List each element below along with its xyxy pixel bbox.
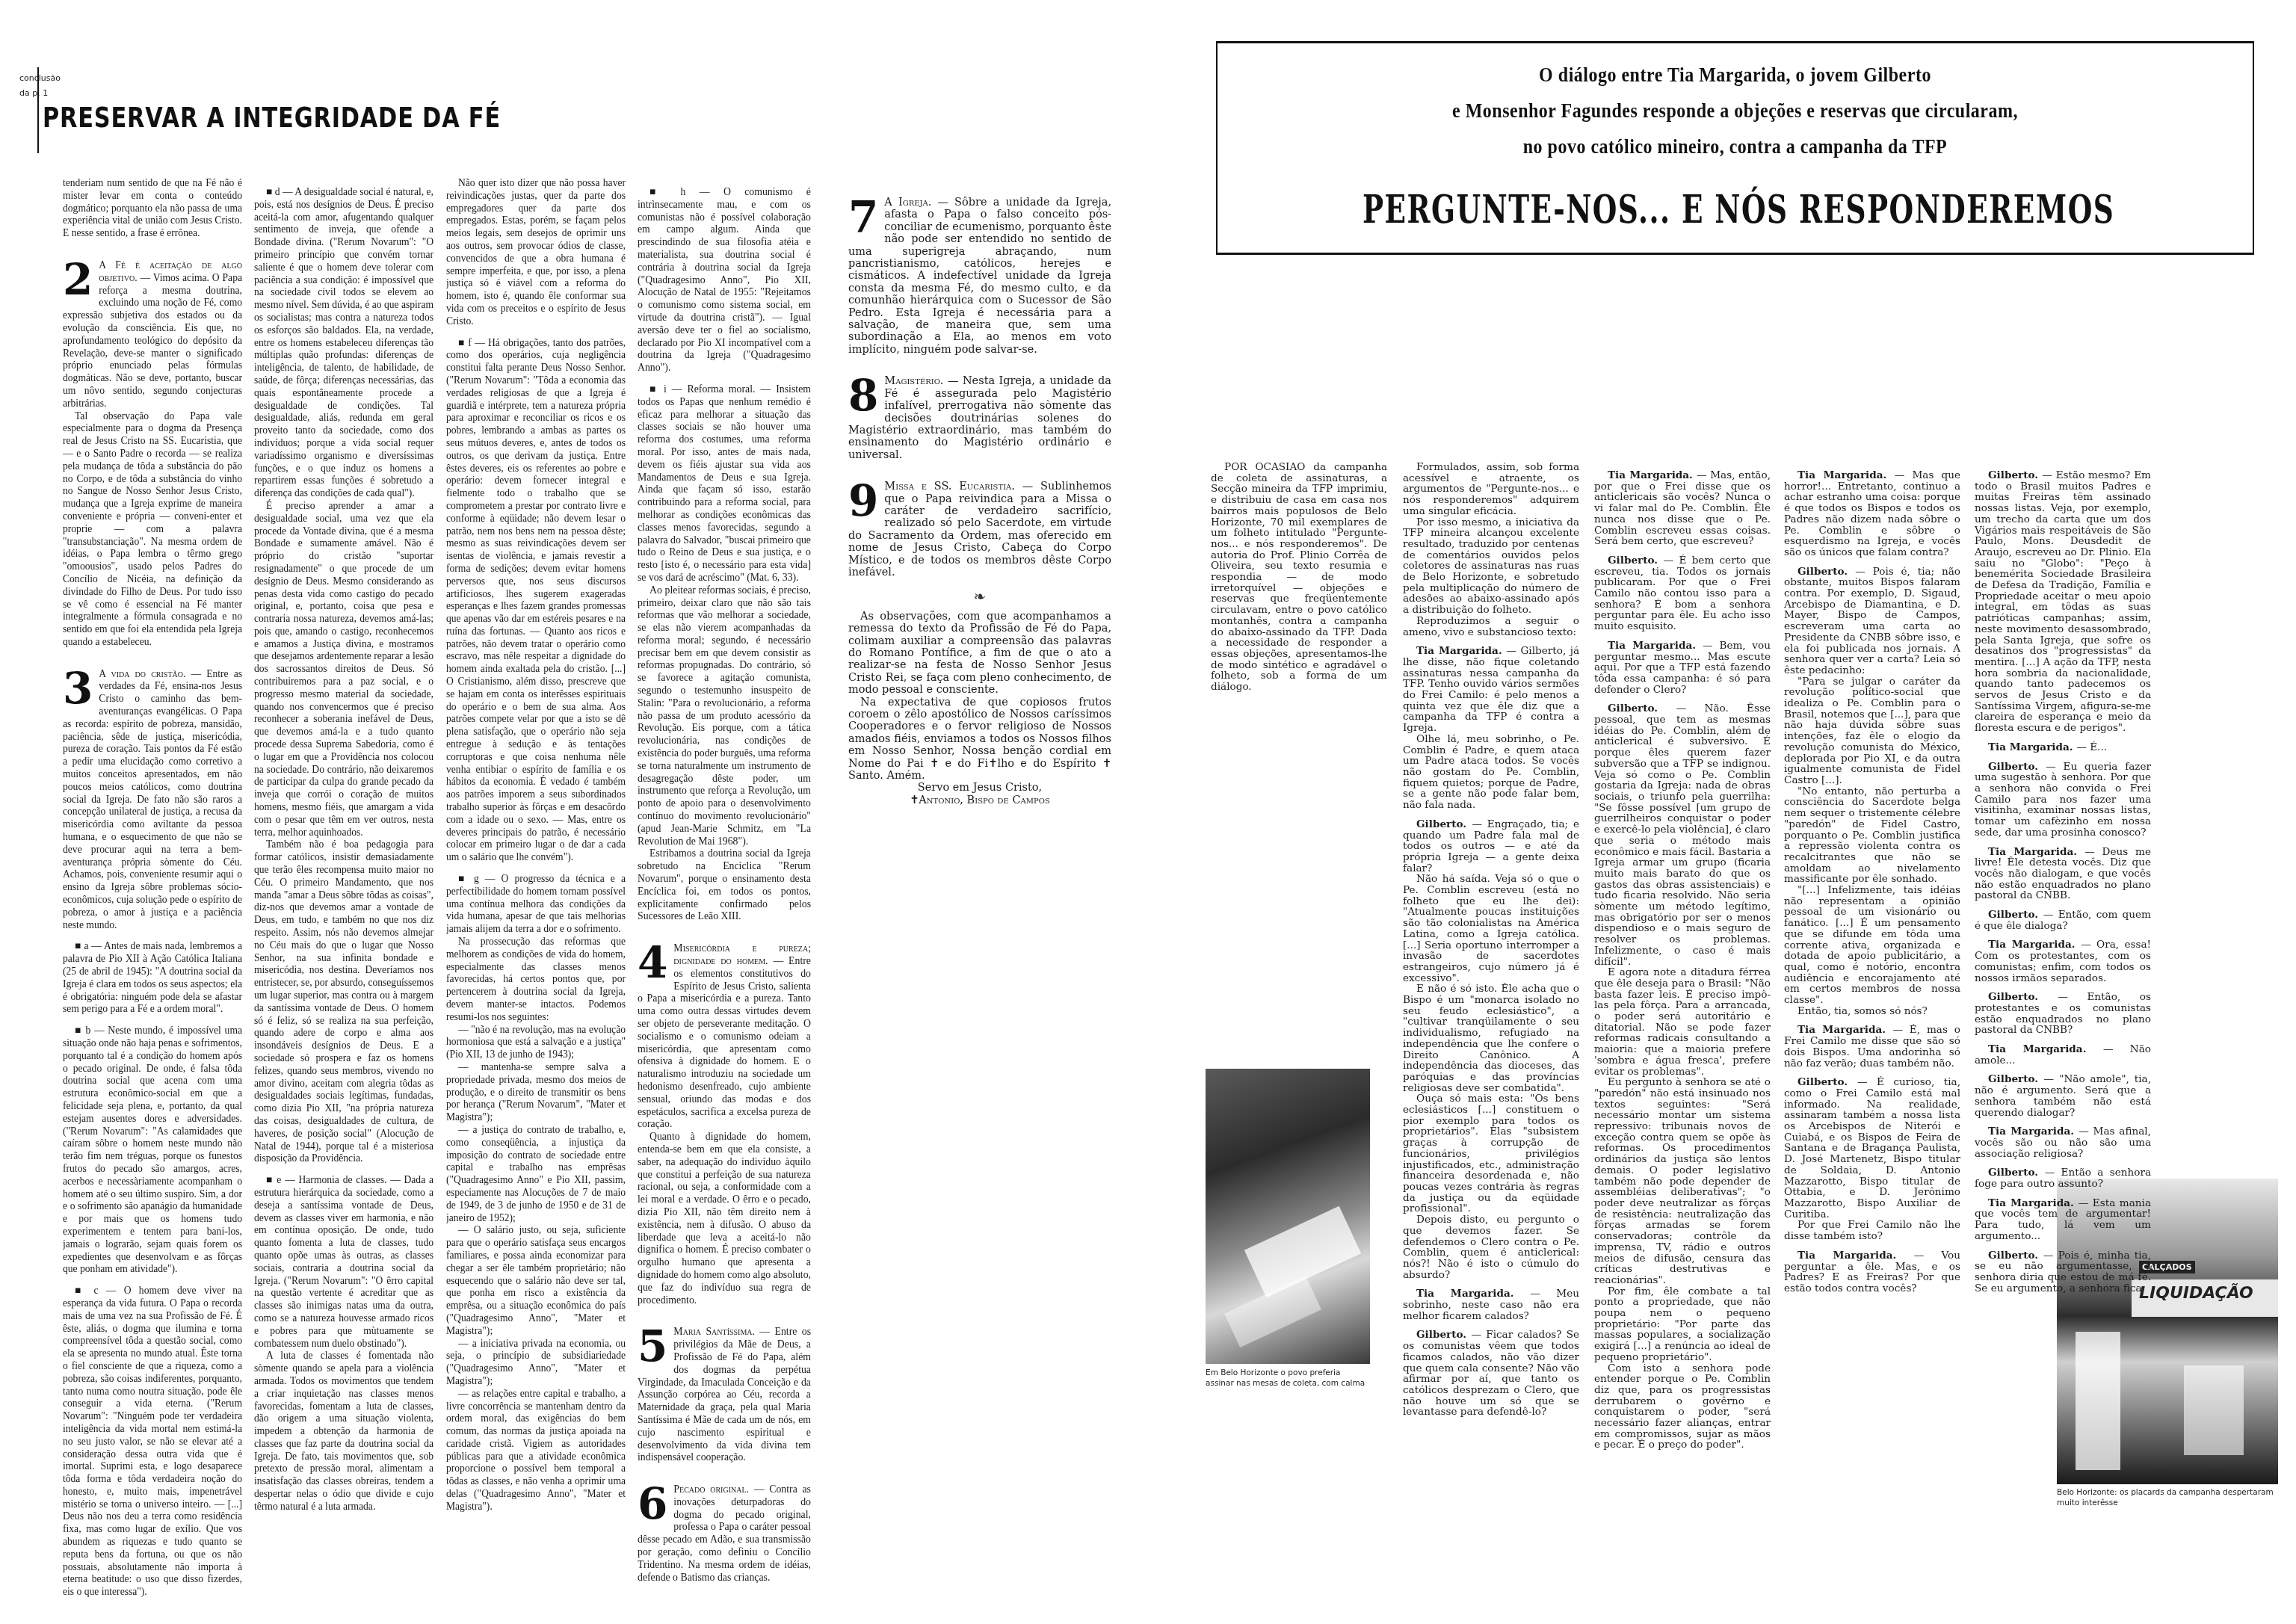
speaker-name: Gilberto. [1988,1250,2043,1262]
section-number: 5 [638,1327,667,1365]
section-heading: A Igreja. [884,197,937,209]
paragraph: Por fim, êle combate a tal ponto a propr… [1594,1286,1771,1363]
text-column: 7A Igreja. — Sôbre a unidade da Igreja, … [848,177,1111,1597]
signoff: Servo em Jesus Cristo, [848,782,1111,794]
dialogue-column: Tia Margarida. — Mas, então, por que o F… [1594,462,1771,1478]
dialogue-line: Gilberto. — Não. Êsse pessoal, que tem a… [1594,703,1771,967]
dialogue-line: Tia Margarida. — Vou perguntar a êle. Ma… [1784,1250,1960,1294]
paragraph: Depois disto, eu pergunto o que devemos … [1403,1214,1579,1280]
section-number: 7 [848,198,878,235]
text-column: tenderiam num sentido de que na Fé não é… [63,177,242,1605]
speaker-name: Tia Margarida. [1797,1024,1892,1036]
speaker-name: Gilberto. [1988,991,2058,1003]
section-number: 2 [63,261,93,298]
sale-banner: LIQUIDAÇÃO [2132,1279,2278,1317]
speaker-name: Gilberto. [1608,703,1676,714]
paragraph: ■ f — Há obrigações, tanto dos patrões, … [446,337,626,864]
speaker-name: Gilberto. [1608,555,1664,566]
speaker-name: Gilberto. [1988,1167,2045,1179]
paragraph: — a justiça do contrato de trabalho, e, … [446,1124,626,1224]
continued-from-note: conclusão da p. 1 [19,71,61,101]
numbered-section: 6Pecado original. — Contra as inovações … [638,1483,811,1584]
paragraph: Na prossecução das reformas que melhorem… [446,936,626,1024]
section-number: 3 [63,670,93,707]
section-number: 6 [638,1485,667,1522]
paragraph: tenderiam num sentido de que na Fé não é… [63,177,242,240]
paragraph: Por que Frei Camilo não lhe disse também… [1784,1220,1960,1241]
speaker-name: Tia Margarida. [1797,469,1895,481]
speaker-name: Gilberto. [1797,1076,1857,1088]
dialogue-line: Tia Margarida. — Mas que horror!... Entr… [1784,470,1960,558]
headline-box: O diálogo entre Tia Margarida, o jovem G… [1216,41,2254,255]
paragraph: ■ d — A desigualdade social é natural, e… [254,186,433,500]
section-number: 9 [848,482,878,519]
coat-of-arms-icon: ❧ [848,590,1111,602]
speaker-name: Tia Margarida. [1416,645,1506,657]
numbered-section: 3A vida do cristão. — Entre as verdades … [63,668,242,932]
headline-subtitle: O diálogo entre Tia Margarida, o jovem G… [1218,58,2253,166]
numbered-section: 4Misericórdia e pureza; dignidade do hom… [638,942,811,1131]
dialogue-column [2100,462,2277,1172]
dialogue-line: Tia Margarida. — Gilberto, já lhe disse,… [1403,646,1579,734]
dialogue-line: Tia Margarida. — Meu sobrinho, neste cas… [1403,1288,1579,1321]
section-heading: Magistério. [884,375,948,387]
dialogue-line: Gilberto. — É bem certo que escreveu, ti… [1594,555,1771,632]
dialogue-line: Tia Margarida. — É, mas o Frei Camilo me… [1784,1025,1960,1069]
paragraph: Quanto à dignidade do homem, entenda-se … [638,1131,811,1306]
paragraph: Com isto a senhora pode entender porque … [1594,1363,1771,1451]
speaker-name: Tia Margarida. [1988,846,2084,858]
paragraph: Formulados, assim, sob forma acessível e… [1403,462,1579,517]
dialogue-line: Tia Margarida. — Bem, vou perguntar mesm… [1594,640,1771,696]
dialogue-line: Gilberto. — Pois é, minha tia, se eu não… [1975,1250,2151,1294]
dialogue-line: Tia Margarida. — Esta mania que vocês te… [1975,1198,2151,1242]
signature: ✝Antonio, Bispo de Campos [848,794,1111,806]
dialogue-column: Formulados, assim, sob forma acessível e… [1403,462,1579,1478]
paragraph: As observações, com que acompanhamos a r… [848,611,1111,697]
speaker-name: Gilberto. [1988,761,2046,773]
speaker-name: Gilberto. [1988,469,2042,481]
paragraph: Então, tia, somos só nós? [1784,1006,1960,1017]
paragraph: ■ i — Reforma moral. — Insistem todos os… [638,383,811,584]
text-column: ■ h — O comunismo é intrìnsecamente mau,… [638,177,811,1605]
paragraph: Estribamos a doutrina social da Igreja s… [638,847,811,923]
speaker-name: Tia Margarida. [1797,1250,1914,1262]
paragraph: Também não é boa pedagogia para formar c… [254,839,433,1165]
numbered-section: 2A Fé é aceitação de algo objetivo. — Vi… [63,259,242,410]
paragraph: Eu pergunto à senhora se até o "paredón"… [1594,1077,1771,1285]
paragraph: "[...] Infelizmente, tais idéias não rep… [1784,885,1960,1006]
speaker-name: Tia Margarida. [1988,939,2081,951]
speaker-name: Gilberto. [1797,566,1855,578]
column-rule [37,67,39,153]
paragraph: E agora note a ditadura férrea que êle d… [1594,967,1771,1077]
paragraph: Não há saída. Veja só o que o Pe. Combli… [1403,874,1579,984]
paragraph: Não quer isto dizer que não possa haver … [446,177,626,328]
paragraph: ■ a — Antes de mais nada, lembremos a pa… [63,940,242,1016]
speaker-name: Tia Margarida. [1416,1288,1530,1300]
section-heading: A vida do cristão. [99,668,191,679]
speaker-name: Gilberto. [1988,909,2043,921]
headline: PERGUNTE-NOS... E NÓS RESPONDEREMOS [1363,187,2108,232]
speaker-name: Tia Margarida. [1608,469,1697,481]
numbered-section: 8Magistério. — Nesta Igreja, a unidade d… [848,375,1111,461]
section-heading: Maria Santíssima. [673,1326,759,1337]
dialogue-column: POR OCASIÃO da campanha de coleta de ass… [1211,462,1387,712]
section-heading: Missa e SS. Eucaristia. [884,481,1022,493]
paragraph: — a iniciativa privada na economia, ou s… [446,1338,626,1388]
speaker-name: Tia Margarida. [1988,741,2076,753]
paragraph: Olhe lá, meu sobrinho, o Pe. Comblin é P… [1403,734,1579,811]
text-column: Não quer isto dizer que não possa haver … [446,177,626,1605]
onlookers [2184,1365,2244,1455]
numbered-section: 5Maria Santíssima. — Entre os privilégio… [638,1326,811,1464]
speaker-name: Tia Margarida. [1988,1043,2103,1055]
speaker-name: Gilberto. [1416,1329,1472,1341]
paragraph: Tal observação do Papa vale especialment… [63,410,242,649]
paragraph: "No entanto, não perturba a consciência … [1784,786,1960,885]
signing-photo [1206,1069,1370,1364]
paragraph: — O salário justo, ou seja, suficiente p… [446,1224,626,1337]
paragraph: E não é só isto. Êle acha que o Bispo é … [1403,984,1579,1093]
photo-caption: Belo Horizonte: os placards da campanha … [2057,1487,2278,1508]
paragraph: ■ e — Harmonia de classes. — Dada a estr… [254,1174,433,1350]
article-title: PRESERVAR A INTEGRIDADE DA FÉ [43,101,501,134]
paragraph: — "não é na revolução, mas na evolução h… [446,1024,626,1061]
paragraph: Na expectativa de que copiosos frutos co… [848,697,1111,782]
paragraph: "Para se julgar o caráter da revolução p… [1784,676,1960,786]
speaker-name: Tia Margarida. [1988,1197,2079,1209]
paragraph: ■ g — O progresso da técnica e a perfect… [446,873,626,936]
paragraph: Ao pleitear reformas sociais, é preciso,… [638,584,811,848]
dialogue-line: Gilberto. — Pois é, tia; não obstante, m… [1784,566,1960,676]
section-number: 4 [638,944,667,981]
paragraph: A luta de classes é fomentada não sòment… [254,1350,433,1513]
paragraph: Por isso mesmo, a iniciativa da TFP mine… [1403,517,1579,616]
dialogue-line: Tia Margarida. — Mas, então, por que o F… [1594,470,1771,547]
paragraph: — mantenha-se sempre salva a propriedade… [446,1061,626,1124]
paragraph: Ouça só mais esta: "Os bens eclesiástico… [1403,1093,1579,1214]
speaker-name: Tia Margarida. [1988,1126,2079,1137]
numbered-section: 7A Igreja. — Sôbre a unidade da Igreja, … [848,197,1111,356]
paragraph: POR OCASIÃO da campanha de coleta de ass… [1211,462,1387,693]
dialogue-line: Gilberto. — É curioso, tia, como o Frei … [1784,1077,1960,1220]
text-column: ■ d — A desigualdade social é natural, e… [254,177,433,1605]
speaker-name: Tia Margarida. [1608,640,1703,652]
paragraph: Reproduzimos a seguir o ameno, vivo e su… [1403,616,1579,637]
paragraph: — as relações entre capital e trabalho, … [446,1388,626,1513]
photo-caption: Em Belo Horizonte o povo preferia assina… [1206,1368,1370,1389]
section-number: 8 [848,377,878,414]
dialogue-column: Tia Margarida. — Mas que horror!... Entr… [1784,462,1960,1478]
dialogue-line: Gilberto. — Engraçado, tia; e quando um … [1403,819,1579,874]
paragraph: É preciso aprender a amar a desigualdade… [254,500,433,839]
paragraph: ■ b — Neste mundo, é impossível uma situ… [63,1025,242,1276]
speaker-name: Gilberto. [1416,818,1472,830]
paragraph: ■ c — O homem deve viver na esperança da… [63,1285,242,1599]
speaker-name: Gilberto. [1988,1073,2044,1085]
section-heading: Pecado original. [673,1483,753,1495]
dialogue-line: Gilberto. — Ficar calados? Se os comunis… [1403,1330,1579,1418]
numbered-section: 9Missa e SS. Eucaristia. — Sublinhemos q… [848,481,1111,578]
paragraph: ■ h — O comunismo é intrìnsecamente mau,… [638,186,811,374]
